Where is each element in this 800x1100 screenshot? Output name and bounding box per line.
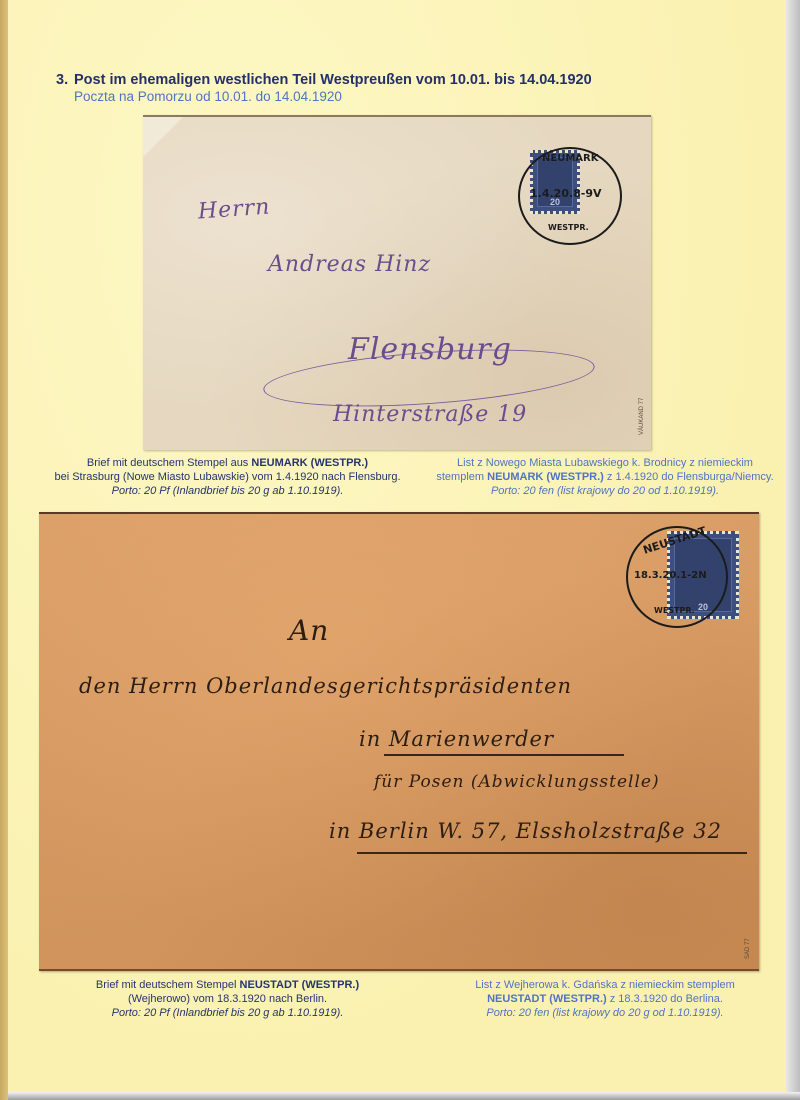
address-line-4: Hinterstraße 19 [333, 402, 527, 427]
postmark-name: NEUSTADT (WESTPR.) [487, 993, 607, 1005]
printer-mark: VÄUKAND 77 [639, 398, 645, 435]
page-edge-bottom [8, 1092, 800, 1100]
heading-title-pl: Poczta na Pomorzu od 10.01. do 14.04.192… [74, 89, 592, 104]
envelope-neustadt: An den Herrn Oberlandesgerichtspräsident… [39, 512, 759, 971]
address-line-1: Herrn [197, 195, 271, 225]
postmark-neumark: NEUMARK 1.4.20.8-9V WESTPR. [518, 147, 622, 245]
postage-rate: Porto: 20 fen (list krajowy do 20 od 1.1… [491, 485, 719, 497]
caption-pl-neustadt: List z Wejherowa k. Gdańska z niemieckim… [420, 978, 790, 1020]
section-heading: 3.Post im ehemaligen westlichen Teil Wes… [56, 72, 592, 104]
postage-rate: Porto: 20 Pf (Inlandbrief bis 20 g ab 1.… [112, 1007, 344, 1019]
envelope-neumark: Herrn Andreas Hinz Flensburg Hinterstraß… [143, 115, 651, 450]
page-edge-right [786, 0, 800, 1100]
caption-de-neumark: Brief mit deutschem Stempel aus NEUMARK … [40, 456, 415, 498]
postage-rate: Porto: 20 fen (list krajowy do 20 g od 1… [486, 1007, 723, 1019]
address-line-3: Flensburg [348, 332, 512, 367]
address-line-1: An [289, 614, 329, 647]
address-line-3: in Marienwerder [359, 727, 554, 751]
address-underline [384, 754, 624, 756]
address-line-5: in Berlin W. 57, Elssholzstraße 32 [329, 819, 722, 843]
address-line-4: für Posen (Abwicklungsstelle) [374, 772, 660, 792]
postmark-name: NEUSTADT (WESTPR.) [240, 979, 360, 991]
caption-pl-neumark: List z Nowego Miasta Lubawskiego k. Brod… [420, 456, 790, 498]
postmark-name: NEUMARK (WESTPR.) [487, 471, 604, 483]
postage-rate: Porto: 20 Pf (Inlandbrief bis 20 g ab 1.… [112, 485, 344, 497]
address-line-2: Andreas Hinz [268, 252, 431, 277]
album-binding [0, 0, 8, 1100]
postmark-neustadt: NEUSTADT 18.3.20.1-2N WESTPR. [626, 526, 728, 628]
caption-de-neustadt: Brief mit deutschem Stempel NEUSTADT (WE… [40, 978, 415, 1020]
address-underline [357, 852, 747, 854]
section-number: 3. [56, 72, 74, 88]
printer-mark: SAD 77 [745, 938, 751, 959]
postmark-name: NEUMARK (WESTPR.) [251, 457, 368, 469]
heading-title-de: 3.Post im ehemaligen westlichen Teil Wes… [56, 72, 592, 88]
address-line-2: den Herrn Oberlandesgerichtspräsidenten [79, 674, 572, 698]
